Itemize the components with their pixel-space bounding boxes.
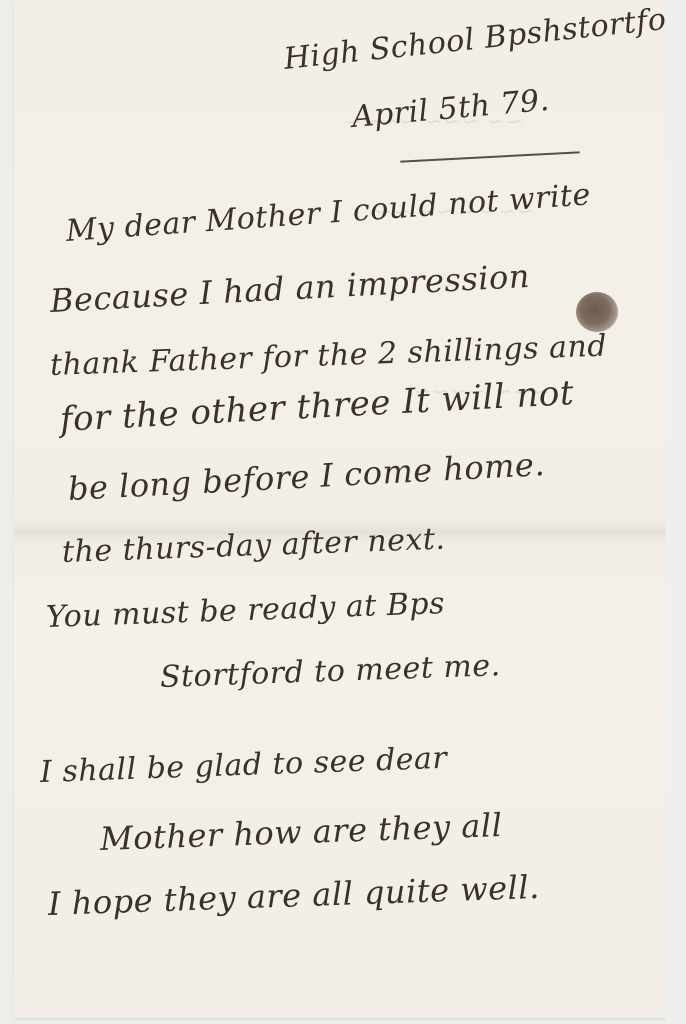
scan-margin <box>666 0 686 1024</box>
ink-stain-mark <box>576 292 618 332</box>
scan-background: ~~ ~~~ ~~~~ ~~~~ ~~ ~~ ~~~ ~~~~ High Sch… <box>0 0 686 1024</box>
